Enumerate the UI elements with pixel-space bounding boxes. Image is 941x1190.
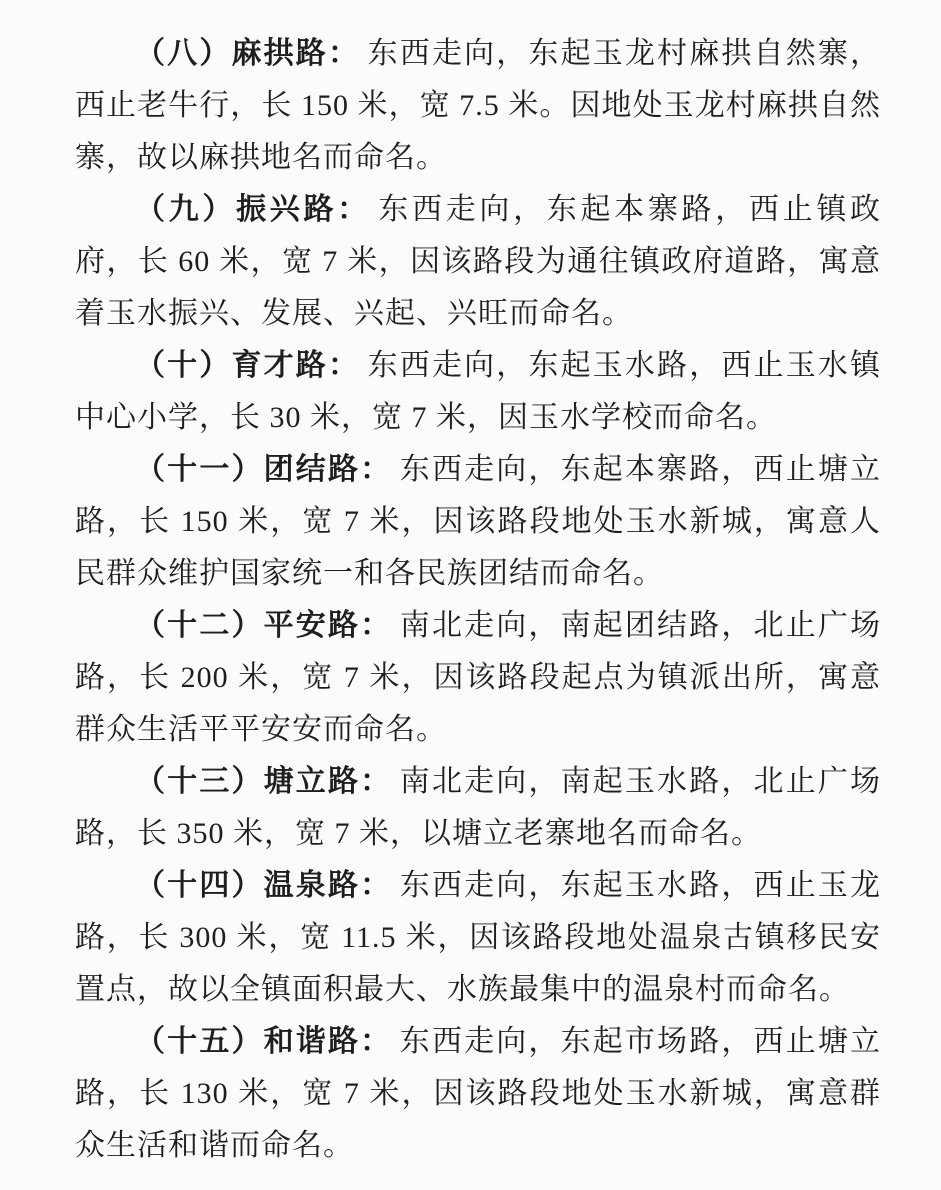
road-paragraph-13: （十三）塘立路：南北走向，南起玉水路，北止广场路，长 350 米，宽 7 米，以… [75,756,881,860]
road-paragraph-14: （十四）温泉路：东西走向，东起玉水路，西止玉龙路，长 300 米，宽 11.5 … [75,860,881,1016]
road-name-label: （十四）温泉路： [135,869,392,902]
road-name-label: （十三）塘立路： [135,765,392,798]
road-name-label: （八）麻拱路： [135,37,360,70]
document-page: （八）麻拱路：东西走向，东起玉龙村麻拱自然寨，西止老牛行，长 150 米，宽 7… [0,0,941,1190]
road-name-label: （十二）平安路： [135,609,392,642]
road-name-label: （九）振兴路： [135,193,371,226]
road-paragraph-15: （十五）和谐路：东西走向，东起市场路，西止塘立路，长 130 米，宽 7 米，因… [75,1016,881,1172]
road-name-label: （十五）和谐路： [135,1025,392,1058]
road-name-label: （十一）团结路： [135,453,392,486]
road-paragraph-11: （十一）团结路：东西走向，东起本寨路，西止塘立路，长 150 米，宽 7 米，因… [75,444,881,600]
document-body: （八）麻拱路：东西走向，东起玉龙村麻拱自然寨，西止老牛行，长 150 米，宽 7… [75,28,881,1172]
road-paragraph-8: （八）麻拱路：东西走向，东起玉龙村麻拱自然寨，西止老牛行，长 150 米，宽 7… [75,28,881,184]
road-name-label: （十）育才路： [135,349,360,382]
road-paragraph-10: （十）育才路：东西走向，东起玉水路，西止玉水镇中心小学，长 30 米，宽 7 米… [75,340,881,444]
road-paragraph-9: （九）振兴路：东西走向，东起本寨路，西止镇政府，长 60 米，宽 7 米，因该路… [75,184,881,340]
road-paragraph-12: （十二）平安路：南北走向，南起团结路，北止广场路，长 200 米，宽 7 米，因… [75,600,881,756]
